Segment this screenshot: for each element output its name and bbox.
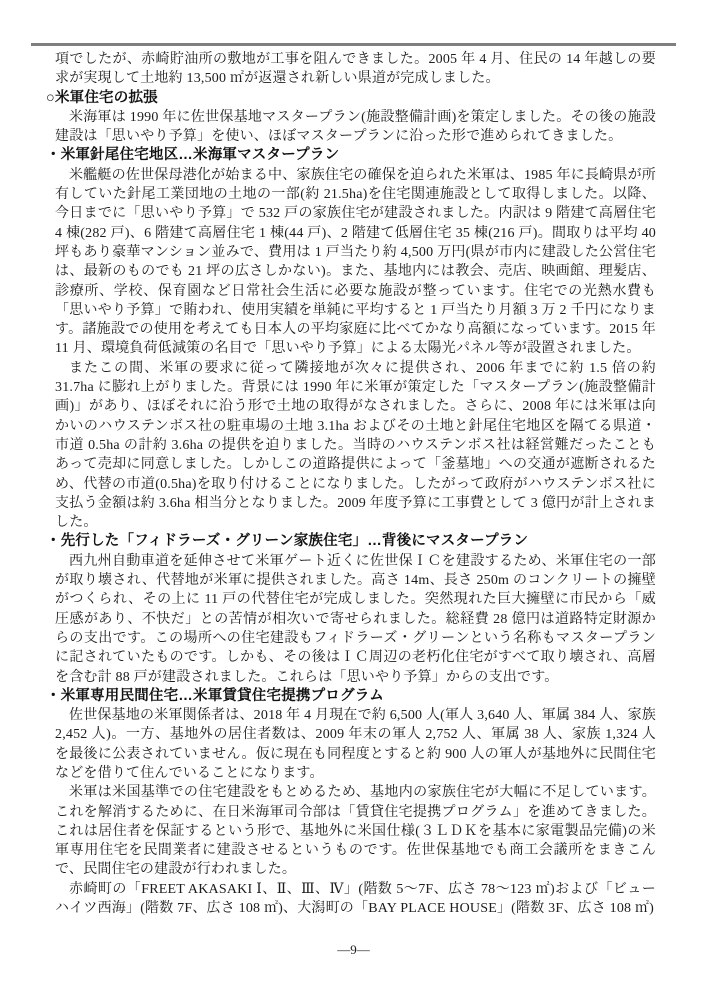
- page-number: —9—: [0, 942, 707, 958]
- heading-us-military-housing-expansion: ○米軍住宅の拡張: [46, 89, 656, 108]
- paragraph-personnel-counts: 佐世保基地の米軍関係者は、2018 年 4 月現在で約 6,500 人(軍人 3…: [55, 706, 656, 783]
- page-content: 項でしたが、赤崎貯油所の敷地が工事を阻んできました。2005 年 4 月、住民の…: [55, 50, 656, 918]
- paragraph-fiddlers-green-details: 西九州自動車道を延伸させて米軍ゲート近くに佐世保ＩＣを建設するため、米軍住宅の一…: [55, 552, 656, 687]
- paragraph-rental-partnership-program: 米軍は米国基準での住宅建設をもとめるため、基地内の家族住宅が大幅に不足しています…: [55, 783, 656, 879]
- heading-hario-housing-district: ・米軍針尾住宅地区…米海軍マスタープラン: [46, 146, 656, 165]
- heading-fiddlers-green-housing: ・先行した「フィドラーズ・グリーン家族住宅」…背後にマスタープラン: [46, 532, 656, 551]
- document-page: 項でしたが、赤崎貯油所の敷地が工事を阻んできました。2005 年 4 月、住民の…: [0, 0, 707, 1000]
- header-rule: [31, 43, 676, 46]
- paragraph-hario-housing-details: 米艦艇の佐世保母港化が始まる中、家族住宅の確保を迫られた米軍は、1985 年に長…: [55, 166, 656, 359]
- paragraph-akasaki-land-return: 項でしたが、赤崎貯油所の敷地が工事を阻んできました。2005 年 4 月、住民の…: [55, 50, 656, 89]
- paragraph-masterplan-1990: 米海軍は 1990 年に佐世保基地マスタープラン(施設整備計画)を策定しました。…: [55, 108, 656, 147]
- heading-private-rental-housing-program: ・米軍専用民間住宅…米軍賃貸住宅提携プログラム: [46, 687, 656, 706]
- paragraph-adjacent-land-expansion: またこの間、米軍の要求に従って隣接地が次々に提供され、2006 年までに約 1.…: [55, 359, 656, 533]
- paragraph-private-housing-examples: 赤崎町の「FREET AKASAKI Ⅰ、Ⅱ、Ⅲ、Ⅳ」(階数 5～7F、広さ 7…: [55, 880, 656, 919]
